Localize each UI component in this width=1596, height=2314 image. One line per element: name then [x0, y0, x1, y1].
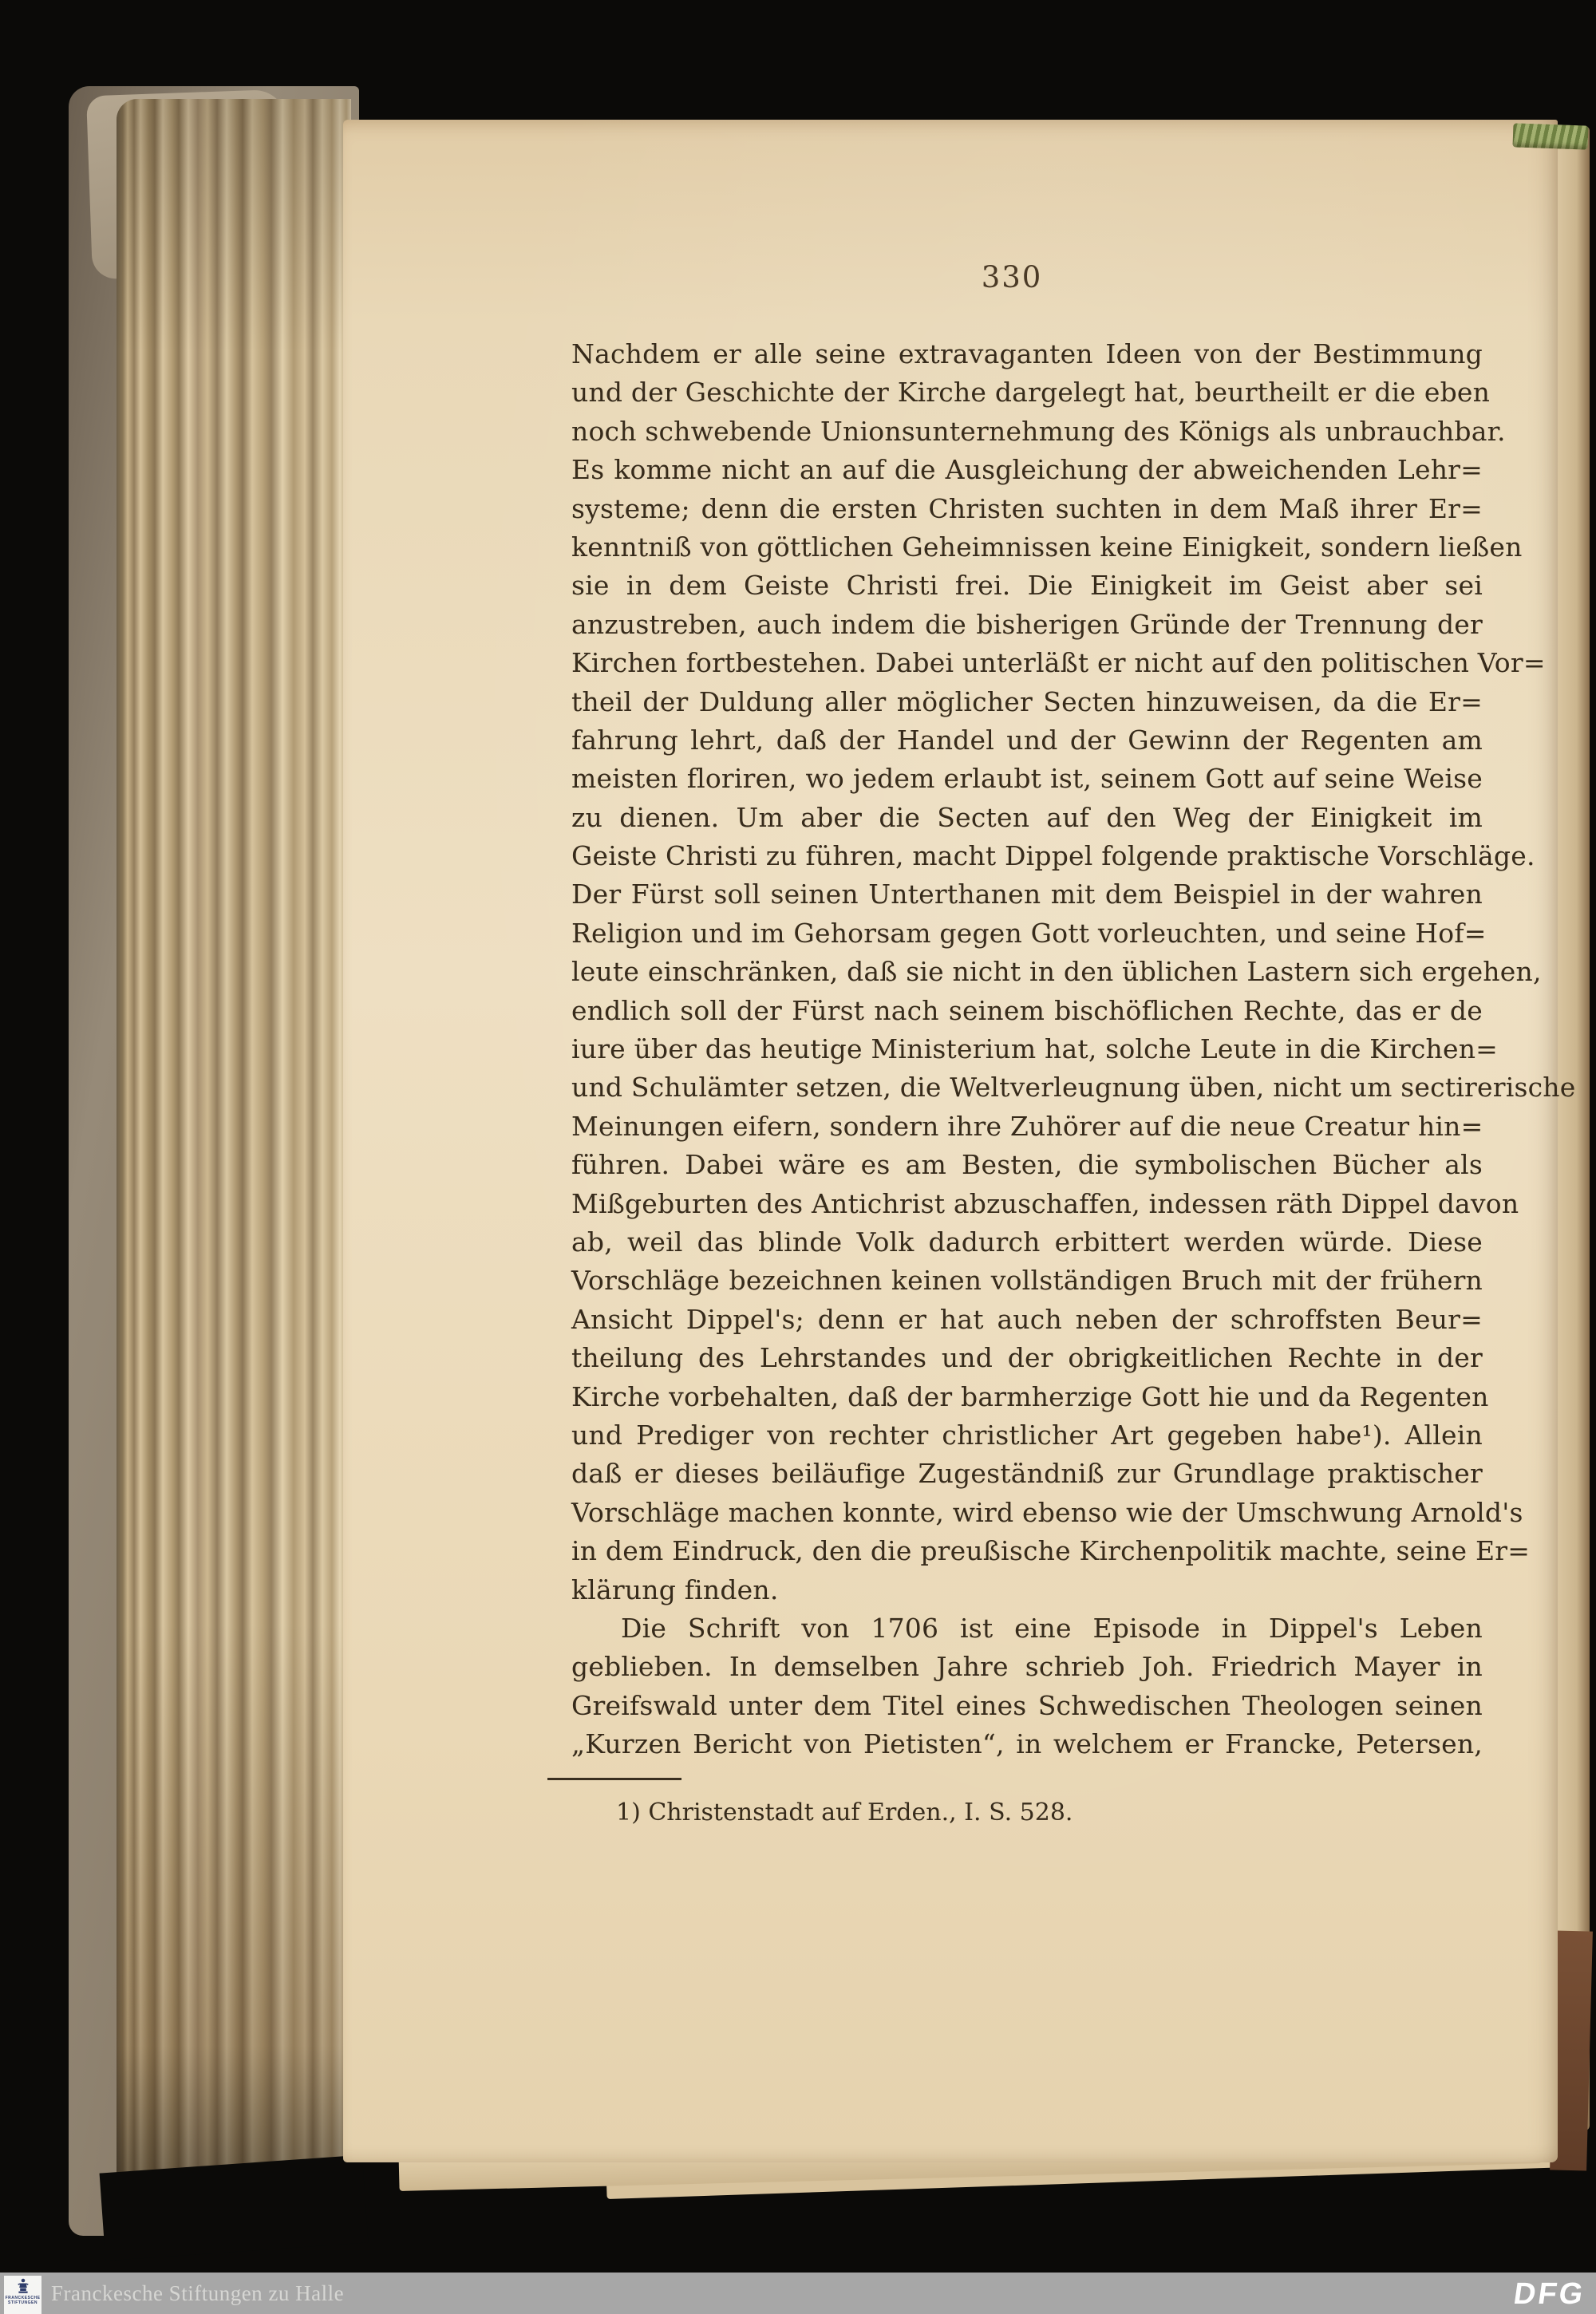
text-line: Der Fürst soll seinen Unterthanen mit de…: [571, 875, 1483, 914]
text-line: fahrung lehrt, daß der Handel und der Ge…: [571, 721, 1483, 760]
text-line: und Prediger von rechter christlicher Ar…: [571, 1416, 1483, 1455]
text-line: theilung des Lehrstandes und der obrigke…: [571, 1339, 1483, 1377]
book-headband: [1513, 123, 1589, 149]
text-line: Kirchen fortbestehen. Dabei unterläßt er…: [571, 644, 1483, 682]
text-line: und der Geschichte der Kirche dargelegt …: [571, 373, 1483, 412]
body-text: Nachdem er alle seine extravaganten Idee…: [571, 335, 1483, 1763]
text-line: daß er dieses beiläufige Zugeständniß zu…: [571, 1455, 1483, 1493]
text-line: meisten floriren, wo jedem erlaubt ist, …: [571, 760, 1483, 798]
text-line: Es komme nicht an auf die Ausgleichung d…: [571, 451, 1483, 489]
text-line: leute einschränken, daß sie nicht in den…: [571, 953, 1483, 991]
text-line: Mißgeburten des Antichrist abzuschaffen,…: [571, 1185, 1483, 1223]
text-line: theil der Duldung aller möglicher Secten…: [571, 683, 1483, 721]
book-page: 330 Nachdem er alle seine extravaganten …: [343, 120, 1558, 2162]
text-line: anzustreben, auch indem die bisherigen G…: [571, 606, 1483, 644]
text-line: endlich soll der Fürst nach seinem bisch…: [571, 992, 1483, 1030]
text-line: führen. Dabei wäre es am Besten, die sym…: [571, 1146, 1483, 1184]
text-line: Religion und im Gehorsam gegen Gott vorl…: [571, 914, 1483, 953]
text-line: Die Schrift von 1706 ist eine Episode in…: [571, 1609, 1483, 1648]
page-edges-shadow: [100, 2155, 369, 2261]
text-line: ab, weil das blinde Volk dadurch erbitte…: [571, 1223, 1483, 1262]
text-line: Kirche vorbehalten, daß der barmherzige …: [571, 1378, 1483, 1416]
text-line: kenntniß von göttlichen Geheimnissen kei…: [571, 528, 1483, 567]
text-line: Greifswald unter dem Titel eines Schwedi…: [571, 1687, 1483, 1725]
text-line: Vorschläge machen konnte, wird ebenso wi…: [571, 1494, 1483, 1532]
footnote: 1) Christenstadt auf Erden., I. S. 528.: [571, 1795, 1290, 1830]
text-line: Geiste Christi zu führen, macht Dippel f…: [571, 837, 1483, 875]
text-line: Vorschläge bezeichnen keinen vollständig…: [571, 1262, 1483, 1300]
text-line: zu dienen. Um aber die Secten auf den We…: [571, 799, 1483, 837]
text-line: noch schwebende Unionsunternehmung des K…: [571, 413, 1483, 451]
footer-title: Franckesche Stiftungen zu Halle: [51, 2273, 344, 2314]
text-line: „Kurzen Bericht von Pietisten“, in welch…: [571, 1725, 1483, 1763]
text-line: und Schulämter setzen, die Weltverleugnu…: [571, 1068, 1483, 1107]
text-line: iure über das heutige Ministerium hat, s…: [571, 1030, 1483, 1068]
logo-caption-line2: STIFTUNGEN: [8, 2300, 38, 2305]
text-line: klärung finden.: [571, 1571, 1483, 1609]
text-line: Meinungen eifern, sondern ihre Zuhörer a…: [571, 1108, 1483, 1146]
text-line: sie in dem Geiste Christi frei. Die Eini…: [571, 567, 1483, 605]
text-line: Ansicht Dippel's; denn er hat auch neben…: [571, 1301, 1483, 1339]
text-line: geblieben. In demselben Jahre schrieb Jo…: [571, 1648, 1483, 1686]
text-line: Nachdem er alle seine extravaganten Idee…: [571, 335, 1483, 373]
text-line: in dem Eindruck, den die preußische Kirc…: [571, 1532, 1483, 1570]
page-fore-edges: [117, 99, 351, 2215]
francke-monument-icon: [15, 2278, 31, 2296]
franckesche-stiftungen-logo: FRANCKESCHE STIFTUNGEN: [4, 2276, 41, 2314]
book-scan: 330 Nachdem er alle seine extravaganten …: [0, 0, 1596, 2314]
text-line: systeme; denn die ersten Christen suchte…: [571, 490, 1483, 528]
page-number: 330: [343, 260, 1596, 294]
footer-bar: FRANCKESCHE STIFTUNGEN Franckesche Stift…: [0, 2273, 1596, 2314]
dfg-logo: DFG: [1511, 2277, 1587, 2312]
footnote-rule: [547, 1778, 681, 1780]
